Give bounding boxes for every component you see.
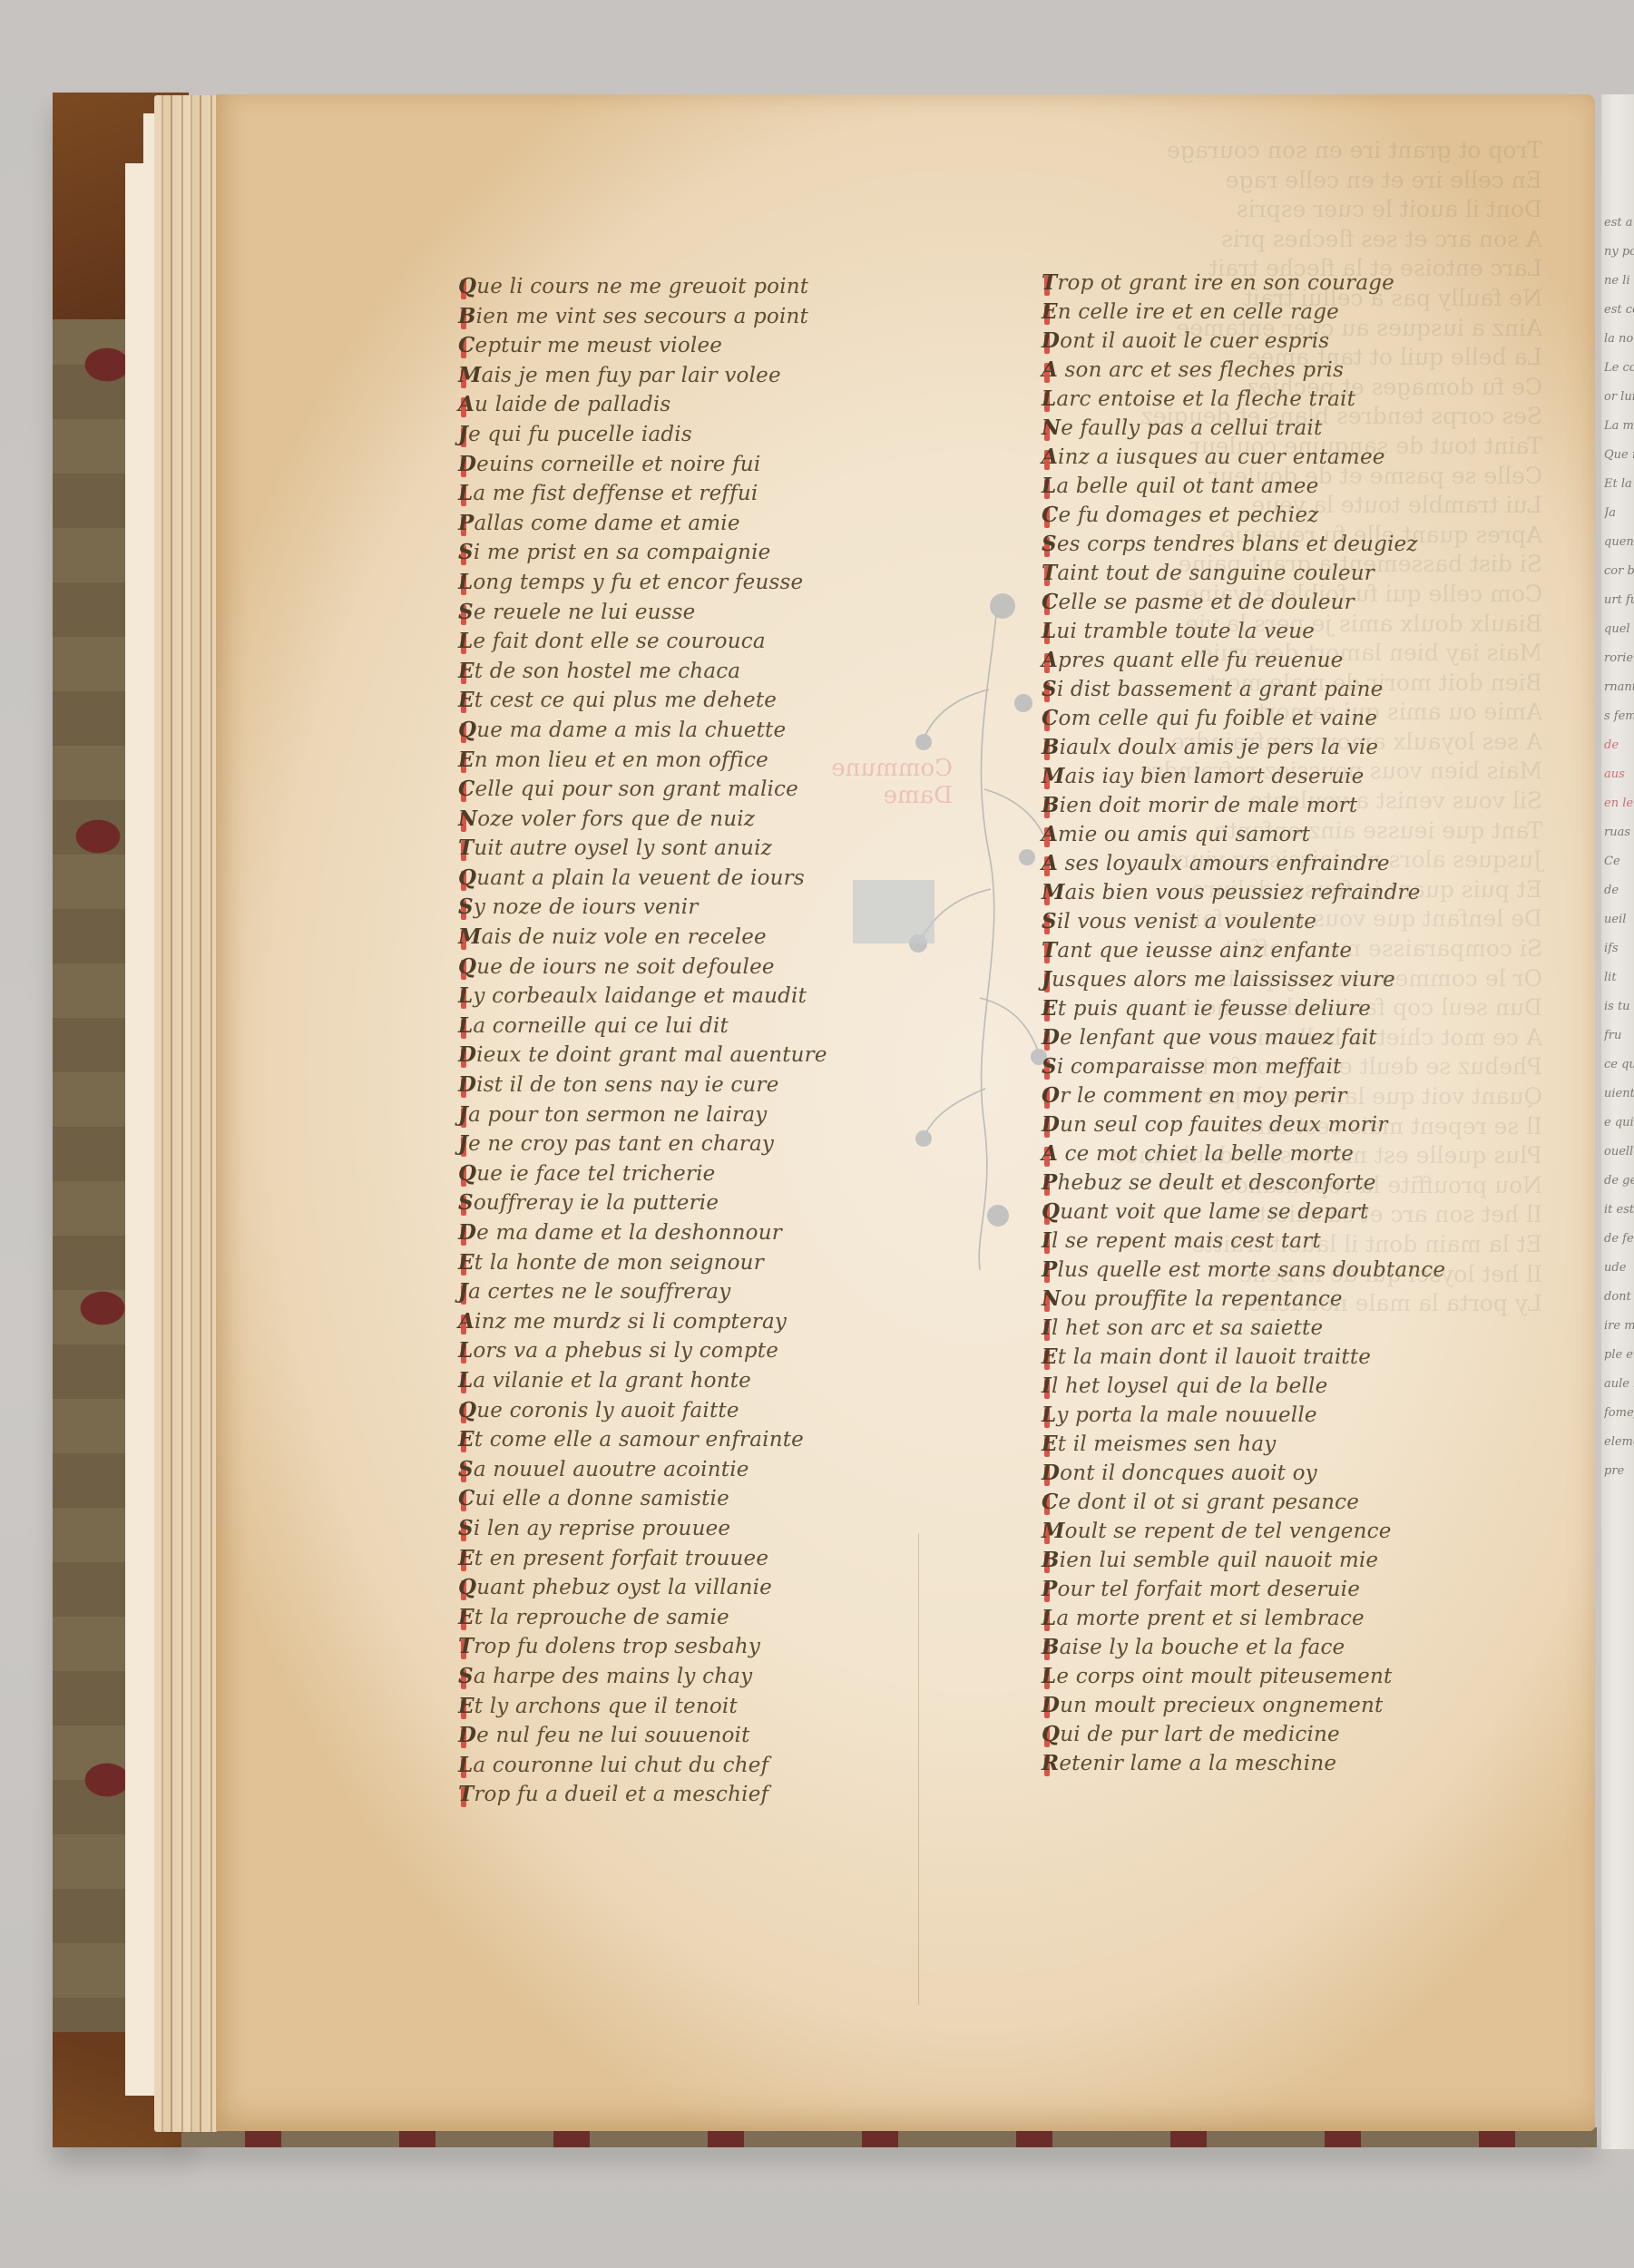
rubricated-initial: A: [1042, 445, 1058, 469]
rubricated-initial: C: [1042, 1490, 1059, 1514]
next-page-line: de: [1604, 876, 1634, 905]
verse-line: De nul feu ne lui souuenoit: [458, 1721, 930, 1751]
verse-text: e reuele ne lui eusse: [474, 601, 696, 624]
verse-text: ais de nuiz vole en recelee: [482, 925, 767, 949]
rubricated-initial: E: [1042, 1432, 1058, 1456]
rubricated-initial: B: [1042, 1548, 1060, 1572]
verse-line: Mais iay bien lamort deseruie: [1042, 762, 1550, 791]
verse-text: ong temps y fu et encor feusse: [473, 571, 803, 594]
verse-line: Que coronis ly auoit faitte: [458, 1396, 930, 1426]
verse-text: iaulx doulx amis je pers la vie: [1060, 736, 1379, 759]
verse-text: rop ot grant ire en son courage: [1057, 271, 1394, 295]
verse-line: Or le comment en moy perir: [1042, 1081, 1550, 1110]
next-page-line: ruas: [1604, 818, 1634, 847]
verse-line: Et ly archons que il tenoit: [458, 1692, 930, 1722]
rubricated-initial: S: [1042, 677, 1057, 701]
rubricated-initial: L: [458, 570, 473, 594]
verse-text: ui de pur lart de medicine: [1060, 1723, 1340, 1746]
verse-line: Mais de nuiz vole en recelee: [458, 923, 930, 953]
verse-line: En mon lieu et en mon office: [458, 746, 930, 776]
rubricated-initial: L: [1042, 1606, 1056, 1630]
rubricated-initial: L: [458, 481, 473, 505]
rubricated-initial: S: [1042, 1054, 1057, 1079]
verse-line: Et la honte de mon seignour: [458, 1248, 930, 1278]
rubricated-initial: S: [458, 1516, 474, 1540]
verse-line: Larc entoise et la fleche trait: [1042, 385, 1550, 414]
rubricated-initial: S: [458, 600, 474, 624]
next-page-line: ne li: [1604, 267, 1634, 296]
verse-line: Retenir lame a la meschine: [1042, 1749, 1550, 1778]
verse-line: Si len ay reprise prouuee: [458, 1514, 930, 1544]
verse-text: ou prouffite la repentance: [1061, 1287, 1343, 1311]
verse-text: ue ma dame a mis la chuette: [476, 719, 786, 742]
verse-line: Ne faully pas a cellui trait: [1042, 414, 1550, 443]
verse-text: i len ay reprise prouuee: [474, 1517, 730, 1540]
rubricated-initial: I: [1042, 1228, 1052, 1253]
verse-line: La corneille qui ce lui dit: [458, 1012, 930, 1041]
rubricated-initial: P: [458, 511, 475, 535]
verse-text: son arc et ses fleches pris: [1058, 358, 1344, 382]
verse-line: Sa harpe des mains ly chay: [458, 1662, 930, 1692]
verse-text: e qui fu pucelle iadis: [468, 423, 692, 446]
rubricated-initial: C: [1042, 590, 1059, 614]
verse-line: Apres quant elle fu reuenue: [1042, 646, 1550, 675]
text-column-left: Que li cours ne me greuoit pointBien me …: [458, 272, 930, 1810]
verse-text: ieux te doint grant mal auenture: [476, 1043, 827, 1067]
verse-line: Mais bien vous peussiez refraindre: [1042, 878, 1550, 907]
verse-text: elle se pasme et de douleur: [1059, 591, 1355, 614]
verse-text: oze voler fors que de nuiz: [477, 807, 755, 831]
verse-text: e fu domages et pechiez: [1059, 503, 1319, 527]
verse-line: Il het loysel qui de la belle: [1042, 1372, 1550, 1401]
verse-text: ont il doncques auoit oy: [1060, 1461, 1317, 1485]
verse-text: a belle quil ot tant amee: [1056, 474, 1318, 498]
verse-text: t puis quant ie feusse deliure: [1058, 997, 1371, 1021]
verse-line: Souffreray ie la putterie: [458, 1188, 930, 1218]
verse-text: lus quelle est morte sans doubtance: [1058, 1258, 1446, 1282]
rubricated-initial: T: [458, 1634, 474, 1658]
rubricated-initial: L: [458, 1338, 473, 1363]
verse-line: Que li cours ne me greuoit point: [458, 272, 930, 302]
verse-text: e fait dont elle se courouca: [473, 630, 765, 653]
verse-line: Mais je men fuy par lair volee: [458, 361, 930, 391]
verse-line: Et cest ce qui plus me dehete: [458, 686, 930, 716]
verse-text: a certes ne le souffreray: [468, 1280, 730, 1304]
rubricated-initial: M: [1042, 764, 1065, 788]
next-page-line: de fe: [1604, 1225, 1634, 1254]
next-page-line: fru: [1604, 1022, 1634, 1051]
verse-text: t ly archons que il tenoit: [475, 1695, 738, 1718]
next-page-line: ire mal: [1604, 1312, 1634, 1341]
next-page-line: de: [1604, 731, 1634, 760]
verse-text: a corneille qui ce lui dit: [473, 1014, 729, 1038]
rubricated-initial: Q: [1042, 1199, 1060, 1224]
rubricated-initial: Q: [458, 1161, 476, 1186]
verse-line: Ce fu domages et pechiez: [1042, 501, 1550, 530]
rubricated-initial: P: [1042, 1170, 1058, 1195]
verse-line: Il se repent mais cest tart: [1042, 1227, 1550, 1256]
next-page-text-fragment: est any poetane liest cela nouneeLe coro…: [1604, 209, 1634, 1751]
verse-text: y noze de iours venir: [474, 895, 699, 919]
verse-line: Trop ot grant ire en son courage: [1042, 269, 1550, 298]
rubricated-initial: S: [458, 1664, 474, 1688]
verse-line: Dont il auoit le cuer espris: [1042, 327, 1550, 356]
rubricated-initial: T: [458, 1782, 474, 1806]
verse-line: Ceptuir me meust violee: [458, 331, 930, 361]
verse-text: l het loysel qui de la belle: [1052, 1374, 1327, 1398]
rubricated-initial: J: [458, 422, 468, 446]
verse-line: A ses loyaulx amours enfraindre: [1042, 849, 1550, 878]
next-page-line: Ce: [1604, 847, 1634, 876]
verse-text: eptuir me meust violee: [475, 334, 723, 357]
next-page-line: or lui: [1604, 383, 1634, 412]
rubricated-initial: T: [1042, 561, 1057, 585]
rubricated-initial: D: [1042, 328, 1060, 353]
rubricated-initial: L: [1042, 386, 1056, 411]
verse-text: ant que ieusse ainz enfante: [1057, 939, 1352, 963]
verse-text: pres quant elle fu reuenue: [1058, 649, 1343, 672]
rubricated-initial: N: [458, 807, 477, 831]
rubricated-initial: Q: [1042, 1722, 1060, 1746]
rubricated-initial: S: [458, 540, 474, 564]
verse-line: Deuins corneille et noire fui: [458, 450, 930, 480]
rubricated-initial: J: [458, 1131, 468, 1156]
next-page-line: Et la: [1604, 470, 1634, 499]
rubricated-initial: E: [458, 1546, 475, 1570]
next-page-line: est ce: [1604, 296, 1634, 325]
next-page-line: eleme: [1604, 1428, 1634, 1457]
verse-text: aint tout de sanguine couleur: [1057, 562, 1375, 585]
rubricated-initial: S: [1042, 909, 1057, 934]
rubricated-initial: A: [1042, 648, 1058, 672]
rubricated-initial: E: [458, 1427, 475, 1452]
verse-text: i dist bassement a grant paine: [1057, 678, 1384, 701]
verse-line: Moult se repent de tel vengence: [1042, 1517, 1550, 1546]
verse-line: Tant que ieusse ainz enfante: [1042, 936, 1550, 965]
verse-line: Ja pour ton sermon ne lairay: [458, 1100, 930, 1130]
verse-text: n mon lieu et en mon office: [475, 748, 768, 772]
verse-text: l het son arc et sa saiette: [1052, 1316, 1323, 1340]
rubricated-initial: M: [458, 363, 482, 387]
verse-text: t la reprouche de samie: [475, 1606, 729, 1629]
next-page-line: en le: [1604, 789, 1634, 818]
verse-text: our tel forfait mort deseruie: [1058, 1578, 1361, 1601]
verse-line: Celle qui pour son grant malice: [458, 775, 930, 805]
rubricated-initial: E: [458, 659, 475, 683]
verse-text: ouffreray ie la putterie: [474, 1191, 719, 1215]
verse-line: De ma dame et la deshonnour: [458, 1218, 930, 1248]
verse-text: y corbeaulx laidange et maudit: [473, 984, 807, 1008]
verse-text: elle qui pour son grant malice: [475, 777, 798, 801]
rubricated-initial: J: [458, 1102, 468, 1127]
verse-line: Noze voler fors que de nuiz: [458, 805, 930, 835]
next-page-line: ifs: [1604, 934, 1634, 963]
rubricated-initial: L: [1042, 619, 1056, 643]
rubricated-initial: C: [458, 1486, 475, 1510]
verse-line: Phebuz se deult et desconforte: [1042, 1168, 1550, 1198]
verse-line: Il het son arc et sa saiette: [1042, 1314, 1550, 1343]
rubricated-initial: L: [1042, 1664, 1056, 1688]
verse-line: Ainz me murdz si li compteray: [458, 1307, 930, 1337]
page-edges-stack: [154, 95, 218, 2132]
verse-line: Et de son hostel me chaca: [458, 657, 930, 687]
rubricated-initial: D: [1042, 1461, 1060, 1485]
rubricated-initial: C: [1042, 503, 1059, 527]
verse-line: Ce dont il ot si grant pesance: [1042, 1488, 1550, 1517]
verse-line: La me fist deffense et reffui: [458, 479, 930, 509]
rubricated-initial: E: [458, 1605, 475, 1629]
rubricated-initial: N: [1042, 415, 1061, 440]
verse-text: e faully pas a cellui trait: [1061, 416, 1322, 440]
rubricated-initial: Q: [458, 718, 476, 742]
verse-line: Qui de pur lart de medicine: [1042, 1720, 1550, 1749]
rubricated-initial: A: [458, 392, 475, 416]
rubricated-initial: S: [1042, 532, 1057, 556]
verse-line: Au laide de palladis: [458, 390, 930, 420]
rubricated-initial: L: [458, 983, 473, 1008]
verse-line: Et come elle a samour enfrainte: [458, 1425, 930, 1455]
rubricated-initial: B: [1042, 735, 1060, 759]
rubricated-initial: I: [1042, 1374, 1052, 1398]
verse-line: Quant voit que lame se depart: [1042, 1198, 1550, 1227]
verse-text: e lenfant que vous mauez fait: [1060, 1026, 1377, 1050]
rubricated-initial: C: [1042, 706, 1059, 730]
verse-text: uant a plain la veuent de iours: [476, 866, 805, 890]
verse-text: inz a iusques au cuer entamee: [1058, 445, 1385, 469]
rubricated-initial: N: [1042, 1286, 1061, 1311]
verse-text: t de son hostel me chaca: [475, 660, 741, 683]
verse-line: Cui elle a donne samistie: [458, 1484, 930, 1514]
rubricated-initial: J: [1042, 967, 1052, 992]
verse-text: e nul feu ne lui souuenoit: [476, 1724, 749, 1747]
verse-text: ien me vint ses secours a point: [476, 305, 808, 328]
rubricated-initial: D: [458, 1220, 476, 1245]
verse-line: Trop fu dolens trop sesbahy: [458, 1632, 930, 1662]
rubricated-initial: D: [458, 1042, 476, 1067]
verse-line: Sa nouuel auoutre acointie: [458, 1455, 930, 1485]
verse-text: e ma dame et la deshonnour: [476, 1221, 782, 1245]
next-page-line: fomeff: [1604, 1399, 1634, 1428]
rubricated-initial: S: [458, 1457, 474, 1481]
rubricated-initial: D: [458, 452, 476, 476]
verse-line: Pour tel forfait mort deseruie: [1042, 1575, 1550, 1604]
verse-line: Que ie face tel tricherie: [458, 1159, 930, 1189]
next-page-line: ce que: [1604, 1051, 1634, 1080]
verse-text: ui elle a donne samistie: [475, 1487, 729, 1510]
next-page-line: urt fu: [1604, 586, 1634, 615]
verse-line: Si me prist en sa compaignie: [458, 538, 930, 568]
rubricated-initial: L: [1042, 1403, 1056, 1427]
rubricated-initial: L: [458, 629, 473, 653]
rubricated-initial: L: [1042, 474, 1056, 498]
verse-text: t en present forfait trouuee: [475, 1547, 768, 1570]
verse-text: aise ly la bouche et la face: [1060, 1636, 1345, 1659]
rubricated-initial: S: [458, 894, 474, 919]
rubricated-initial: C: [458, 333, 475, 357]
verse-line: A son arc et ses fleches pris: [1042, 356, 1550, 385]
rubricated-initial: Q: [458, 274, 476, 298]
rubricated-initial: I: [1042, 1315, 1052, 1340]
next-page-line: ple et me: [1604, 1341, 1634, 1370]
verse-line: La morte prent et si lembrace: [1042, 1604, 1550, 1633]
verse-text: t la main dont il lauoit traitte: [1058, 1345, 1371, 1369]
verse-text: ui tramble toute la veue: [1056, 620, 1315, 643]
rubricated-initial: D: [1042, 1693, 1060, 1717]
verse-text: t come elle a samour enfrainte: [475, 1428, 804, 1452]
verse-text: ue li cours ne me greuoit point: [476, 275, 808, 298]
next-page-line: s feme: [1604, 702, 1634, 731]
verse-text: a pour ton sermon ne lairay: [468, 1103, 767, 1127]
verse-text: euins corneille et noire fui: [476, 453, 760, 476]
verse-line: Lors va a phebus si ly compte: [458, 1336, 930, 1366]
rubricated-initial: A: [1042, 822, 1058, 846]
verse-line: Trop fu a dueil et a meschief: [458, 1780, 930, 1810]
verse-line: Je ne croy pas tant en charay: [458, 1129, 930, 1159]
verse-text: ais bien vous peussiez refraindre: [1065, 881, 1421, 904]
next-page-line: lit: [1604, 963, 1634, 992]
rubricated-initial: E: [458, 1694, 475, 1718]
verse-line: Sil vous venist a voulente: [1042, 907, 1550, 936]
rubricated-initial: Q: [458, 954, 476, 979]
rubricated-initial: J: [458, 1279, 468, 1304]
rubricated-initial: D: [1042, 1112, 1060, 1137]
verse-text: mie ou amis qui samort: [1058, 823, 1310, 846]
rubricated-initial: Q: [458, 1398, 476, 1422]
verse-text: rop fu a dueil et a meschief: [474, 1783, 768, 1806]
verse-line: Que ma dame a mis la chuette: [458, 716, 930, 746]
verse-line: Com celle qui fu foible et vaine: [1042, 704, 1550, 733]
verse-line: Jusques alors me laississez viure: [1042, 965, 1550, 994]
verse-line: Nou prouffite la repentance: [1042, 1285, 1550, 1314]
verse-line: Je qui fu pucelle iadis: [458, 420, 930, 450]
verse-line: Dun moult precieux ongnement: [1042, 1691, 1550, 1720]
verse-text: y porta la male nouuelle: [1056, 1403, 1316, 1427]
verse-line: Sy noze de iours venir: [458, 893, 930, 923]
rubricated-initial: A: [1042, 1141, 1058, 1166]
verse-text: allas come dame et amie: [475, 512, 740, 535]
next-page-line: uient fo: [1604, 1080, 1634, 1109]
verse-text: a couronne lui chut du chef: [473, 1754, 768, 1777]
rubricated-initial: D: [458, 1723, 476, 1747]
verse-text: e dont il ot si grant pesance: [1059, 1491, 1360, 1514]
verse-line: Ly porta la male nouuelle: [1042, 1401, 1550, 1430]
next-page-line: quel: [1604, 615, 1634, 644]
rubricated-initial: T: [1042, 270, 1057, 295]
verse-text: es corps tendres blans et deugiez: [1057, 533, 1418, 556]
verse-line: Long temps y fu et encor feusse: [458, 568, 930, 598]
verse-text: ce mot chiet la belle morte: [1058, 1142, 1354, 1166]
rubricated-initial: Q: [458, 865, 476, 890]
next-page-line: ny poeta: [1604, 238, 1634, 267]
verse-text: r le comment en moy perir: [1060, 1084, 1346, 1108]
verse-text: usques alors me laississez viure: [1052, 968, 1395, 992]
verse-line: De lenfant que vous mauez fait: [1042, 1023, 1550, 1052]
next-page-line: Que ne: [1604, 441, 1634, 470]
rubricated-initial: S: [458, 1190, 474, 1215]
next-page-line: ueil: [1604, 905, 1634, 934]
rubricated-initial: B: [1042, 1635, 1060, 1659]
rubricated-initial: A: [1042, 851, 1058, 875]
verse-line: Lui tramble toute la veue: [1042, 617, 1550, 646]
rubricated-initial: M: [1042, 1519, 1065, 1543]
verse-line: Et la reprouche de samie: [458, 1603, 930, 1633]
verse-text: t la honte de mon seignour: [475, 1251, 764, 1275]
verse-line: Dont il doncques auoit oy: [1042, 1459, 1550, 1488]
next-page-line: ude: [1604, 1254, 1634, 1283]
verse-line: Bien doit morir de male mort: [1042, 791, 1550, 820]
verse-text: uant voit que lame se depart: [1060, 1200, 1368, 1224]
verse-text: ien doit morir de male mort: [1060, 794, 1358, 817]
rubricated-initial: E: [458, 748, 475, 772]
verse-line: Se reuele ne lui eusse: [458, 598, 930, 628]
verse-text: ors va a phebus si ly compte: [473, 1339, 778, 1363]
rubricated-initial: A: [1042, 357, 1058, 382]
rubricated-initial: B: [458, 304, 476, 328]
rubricated-initial: E: [1042, 299, 1058, 324]
verse-line: Et il meismes sen hay: [1042, 1430, 1550, 1459]
verse-line: Et la main dont il lauoit traitte: [1042, 1343, 1550, 1372]
verse-text: ont il auoit le cuer espris: [1060, 329, 1329, 353]
verse-line: Tuit autre oysel ly sont anuiz: [458, 834, 930, 864]
verse-line: Le fait dont elle se courouca: [458, 627, 930, 657]
rubricated-initial: L: [458, 1368, 473, 1393]
next-page-line: la nounee: [1604, 325, 1634, 354]
verse-text: a vilanie et la grant honte: [473, 1369, 751, 1393]
verse-line: Et puis quant ie feusse deliure: [1042, 994, 1550, 1023]
verse-text: rop fu dolens trop sesbahy: [474, 1635, 760, 1658]
rubricated-initial: P: [1042, 1257, 1058, 1282]
verse-text: e ne croy pas tant en charay: [468, 1132, 774, 1156]
text-column-right: Trop ot grant ire en son courageEn celle…: [1042, 269, 1550, 1778]
next-page-line: rnante: [1604, 673, 1634, 702]
verse-text: u laide de palladis: [475, 393, 670, 416]
verse-text: ue ie face tel tricherie: [476, 1162, 715, 1186]
verse-text: etenir lame a la meschine: [1059, 1752, 1336, 1775]
verse-line: Si dist bassement a grant paine: [1042, 675, 1550, 704]
next-page-line: e qui ce: [1604, 1109, 1634, 1138]
verse-line: Biaulx doulx amis je pers la vie: [1042, 733, 1550, 762]
verse-text: l se repent mais cest tart: [1052, 1229, 1321, 1253]
next-page-line: est a: [1604, 209, 1634, 238]
verse-text: un seul cop fauites deux morir: [1060, 1113, 1387, 1137]
next-page-line: aule la: [1604, 1370, 1634, 1399]
verse-text: t il meismes sen hay: [1058, 1432, 1277, 1456]
verse-line: Quant phebuz oyst la villanie: [458, 1573, 930, 1603]
verse-text: n celle ire et en celle rage: [1058, 300, 1339, 324]
verse-text: ist il de ton sens nay ie cure: [476, 1073, 778, 1097]
verse-line: Dist il de ton sens nay ie cure: [458, 1070, 930, 1100]
verse-line: Baise ly la bouche et la face: [1042, 1633, 1550, 1662]
verse-text: a me fist deffense et reffui: [473, 482, 758, 505]
rubricated-initial: O: [1042, 1083, 1060, 1108]
verse-line: La belle quil ot tant amee: [1042, 472, 1550, 501]
verse-text: ue de iours ne soit defoulee: [476, 955, 775, 979]
rubricated-initial: M: [1042, 880, 1065, 904]
verse-line: Plus quelle est morte sans doubtance: [1042, 1256, 1550, 1285]
verse-text: i me prist en sa compaignie: [474, 541, 771, 564]
verse-line: Ja certes ne le souffreray: [458, 1277, 930, 1307]
verse-line: Que de iours ne soit defoulee: [458, 953, 930, 982]
verse-text: hebuz se deult et desconforte: [1058, 1171, 1376, 1195]
verse-line: Pallas come dame et amie: [458, 509, 930, 539]
verse-line: Dieux te doint grant mal auenture: [458, 1041, 930, 1070]
rubricated-initial: R: [1042, 1751, 1059, 1775]
verse-text: un moult precieux ongnement: [1060, 1694, 1383, 1717]
verse-text: ue coronis ly auoit faitte: [476, 1399, 739, 1422]
verse-text: i comparaisse mon meffait: [1057, 1055, 1342, 1079]
verse-line: Quant a plain la veuent de iours: [458, 864, 930, 894]
verse-line: La couronne lui chut du chef: [458, 1751, 930, 1781]
